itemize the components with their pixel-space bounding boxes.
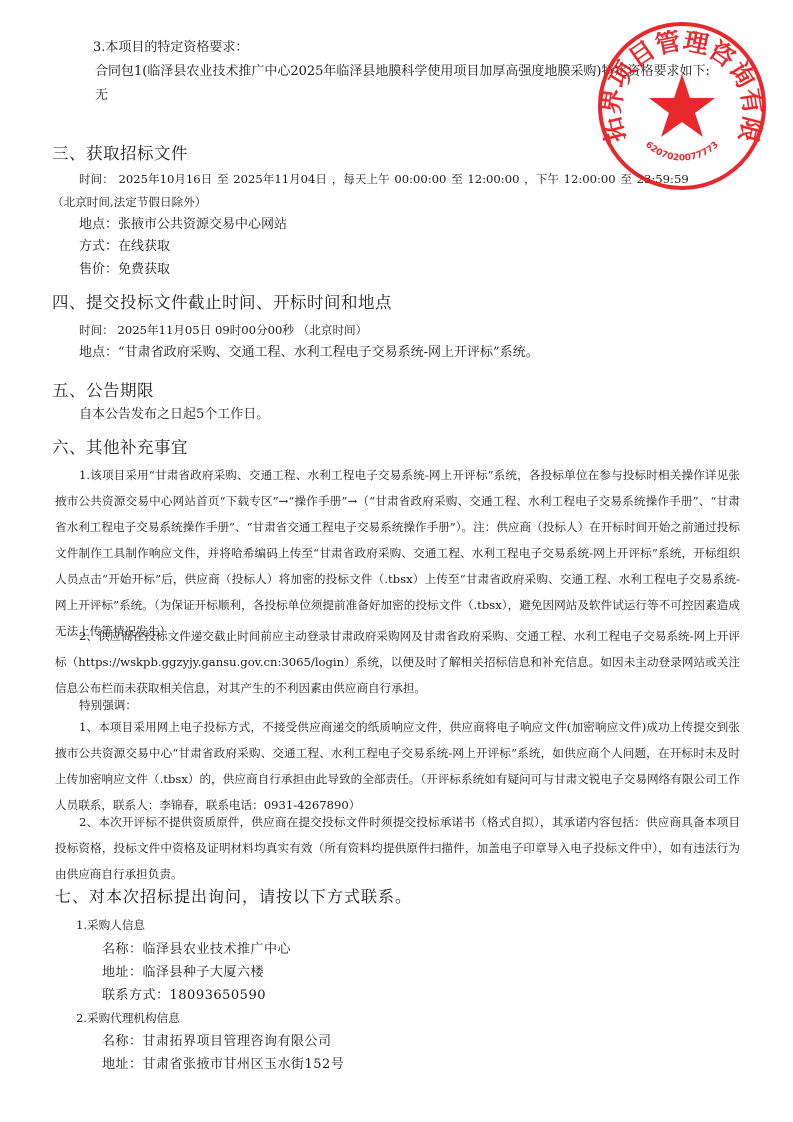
- purchaser-label: 1.采购人信息: [76, 917, 145, 933]
- supplementary-item-1: 1.该项目采用“甘肃省政府采购、交通工程、水利工程电子交易系统-网上开评标”系统…: [55, 462, 740, 644]
- deadline-location: 地点：“甘肃省政府采购、交通工程、水利工程电子交易系统-网上开评标”系统。: [79, 344, 539, 362]
- section-heading-supplementary: 六、其他补充事宜: [52, 437, 188, 459]
- purchaser-name: 名称：临泽县农业技术推广中心: [102, 941, 291, 959]
- emphasis-item-2: 2、本次开评标不提供资质原件，供应商在提交投标文件时须提交投标承诺书（格式自拟）…: [55, 809, 740, 887]
- purchaser-contact: 联系方式：18093650590: [102, 987, 266, 1005]
- emphasis-label: 特别强调：: [79, 697, 137, 713]
- obtain-time: 时间： 2025年10月16日 至 2025年11月04日 ，每天上午 00:0…: [79, 171, 689, 187]
- svg-text:6207020077773: 6207020077773: [643, 140, 721, 163]
- package-requirement-line: 合同包1(临泽县农业技术推广中心2025年临泽县地膜科学使用项目加厚高强度地膜采…: [95, 63, 710, 81]
- document-page: 3.本项目的特定资格要求： 合同包1(临泽县农业技术推广中心2025年临泽县地膜…: [0, 0, 793, 1122]
- section-heading-obtain-docs: 三、获取招标文件: [52, 143, 188, 165]
- notice-period-text: 自本公告发布之日起5个工作日。: [79, 406, 269, 424]
- obtain-time-note: （北京时间,法定节假日除外）: [52, 194, 206, 210]
- qualification-item-label: 3.本项目的特定资格要求：: [93, 39, 248, 57]
- deadline-time: 时间： 2025年11月05日 09时00分00秒 （北京时间）: [79, 322, 367, 338]
- supplementary-item-2: 2、供应商在投标文件递交截止时间前应主动登录甘肃政府采购网及甘肃省政府采购、交通…: [55, 623, 740, 701]
- agency-name: 名称：甘肃拓界项目管理咨询有限公司: [102, 1033, 332, 1051]
- section-heading-notice-period: 五、公告期限: [52, 380, 154, 402]
- company-seal-stamp: 甘肃拓界项目管理咨询有限公司 6207020077773: [592, 16, 772, 196]
- seal-number: 6207020077773: [643, 140, 721, 163]
- obtain-location: 地点：张掖市公共资源交易中心网站: [79, 216, 287, 234]
- seal-icon: 甘肃拓界项目管理咨询有限公司 6207020077773: [592, 16, 772, 196]
- obtain-method: 方式：在线获取: [79, 238, 170, 256]
- package-requirement-value: 无: [95, 87, 108, 105]
- section-heading-deadline: 四、提交投标文件截止时间、开标时间和地点: [52, 292, 392, 314]
- purchaser-address: 地址：临泽县种子大厦六楼: [102, 964, 264, 982]
- emphasis-item-1: 1、本项目采用网上电子投标方式，不接受供应商递交的纸质响应文件，供应商将电子响应…: [55, 714, 740, 818]
- agency-address: 地址：甘肃省张掖市甘州区玉水街152号: [102, 1056, 344, 1074]
- obtain-price: 售价：免费获取: [79, 261, 170, 279]
- agency-label: 2.采购代理机构信息: [76, 1010, 180, 1026]
- section-heading-inquiry: 七、对本次招标提出询问，请按以下方式联系。: [55, 886, 412, 908]
